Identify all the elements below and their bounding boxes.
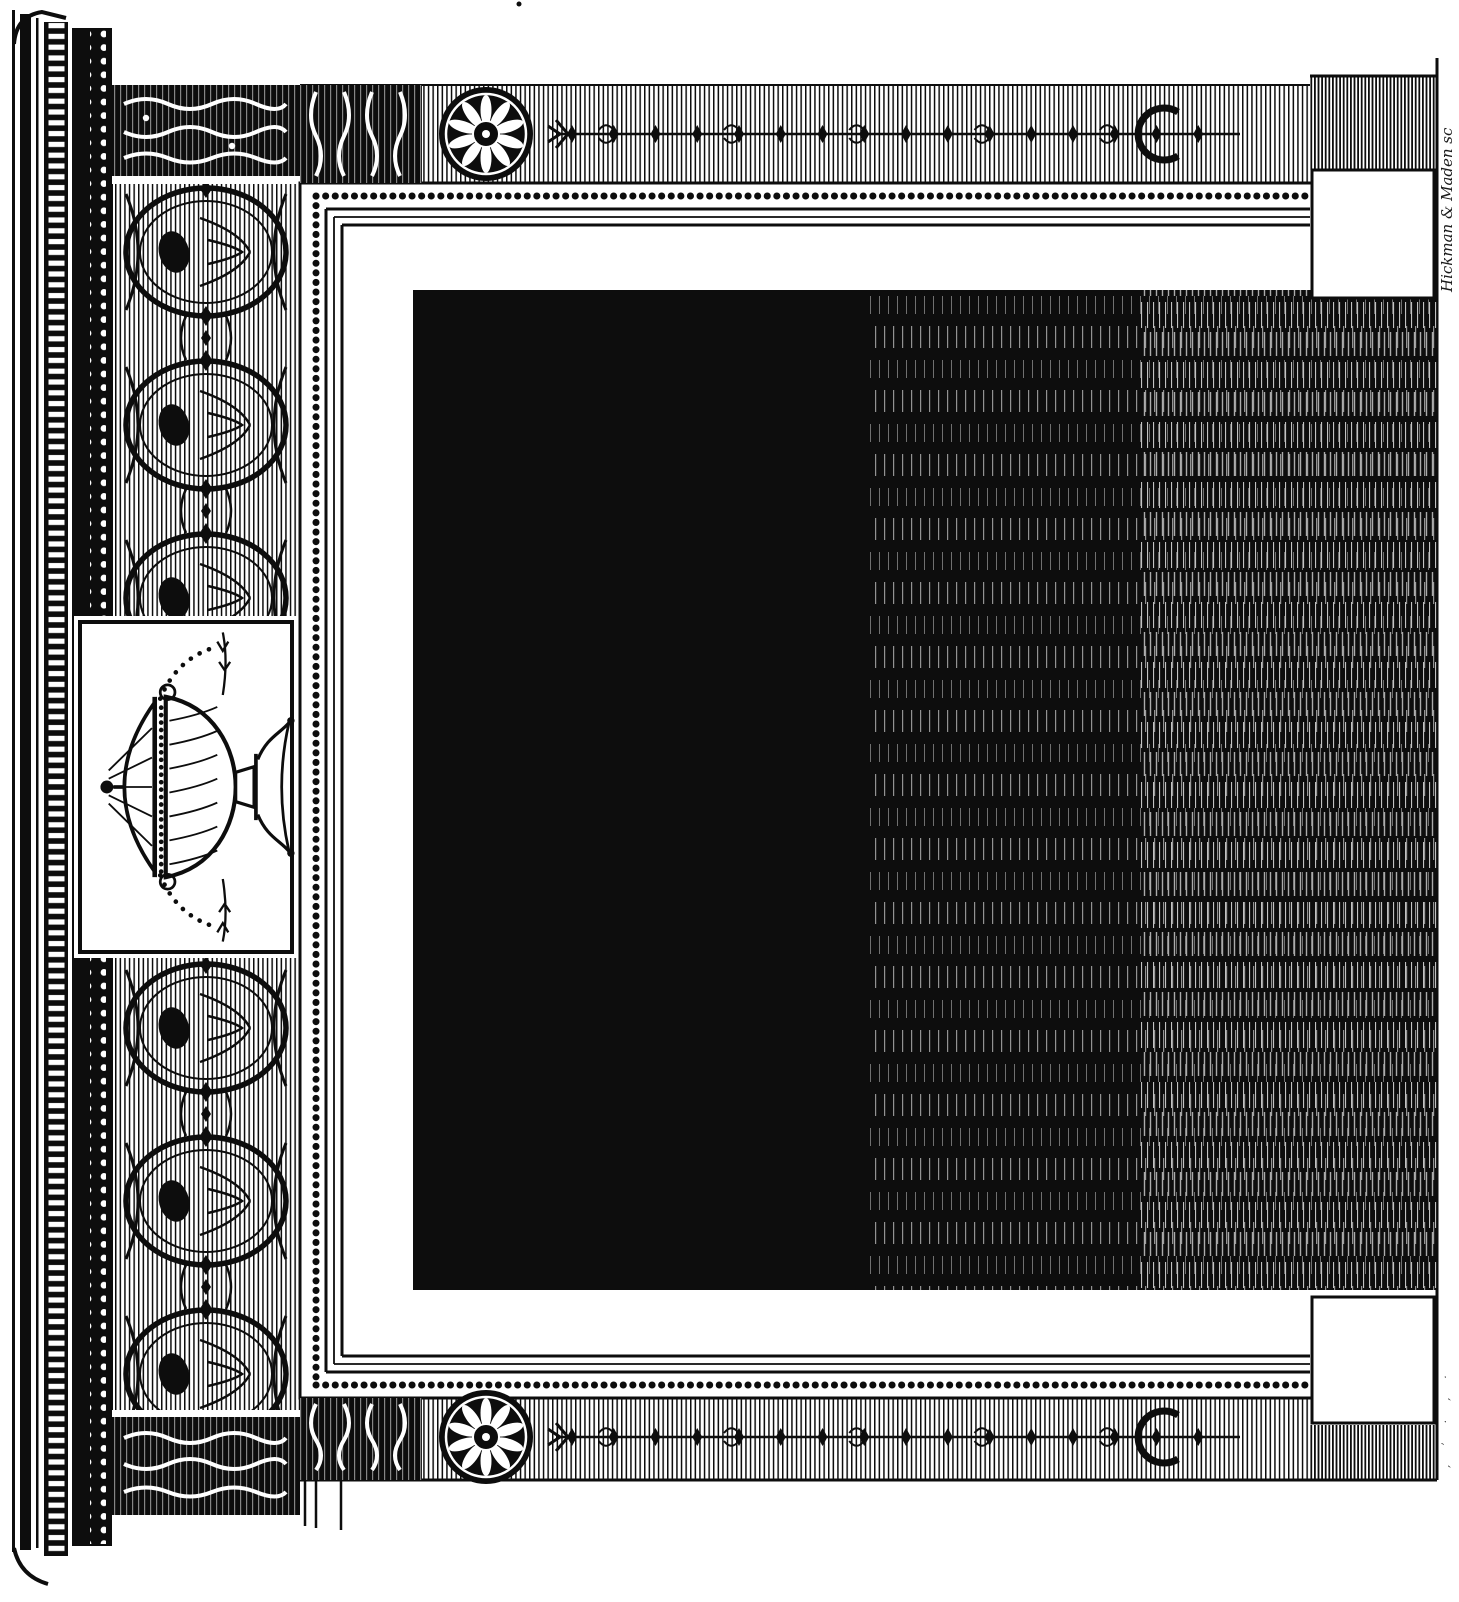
plinth-block-bottom bbox=[1310, 1297, 1437, 1480]
pilaster-band-bottom bbox=[300, 1390, 1437, 1484]
fireplace-opening bbox=[413, 290, 1437, 1290]
plinth-face bbox=[1312, 1297, 1434, 1423]
tablet-panel bbox=[74, 616, 298, 958]
plate-speck bbox=[517, 2, 522, 7]
plinth-face bbox=[1312, 170, 1434, 298]
hearth-shadow-streaks-dense bbox=[1140, 290, 1437, 1290]
acanthus-capital-bottom bbox=[112, 1410, 300, 1515]
plinth-block-top bbox=[1310, 76, 1437, 298]
engraver-signature: Hickman & Maden sc bbox=[1438, 127, 1456, 293]
acanthus-leaf-block bbox=[300, 85, 422, 183]
acanthus-leaf-block bbox=[300, 1398, 422, 1480]
cornice-edge-line bbox=[12, 10, 15, 1552]
pilaster-band-top bbox=[300, 85, 1310, 183]
chimneypiece-engraving: Hickman & Maden sc , ’ · ‚ · bbox=[0, 0, 1459, 1602]
cornice-fascia bbox=[20, 14, 31, 1550]
cornice-fillet bbox=[36, 18, 39, 1548]
patera-rosette bbox=[439, 1390, 533, 1484]
dentil-band bbox=[44, 22, 68, 1556]
patera-rosette bbox=[439, 87, 533, 181]
engraved-plate: Hickman & Maden sc , ’ · ‚ · bbox=[0, 0, 1459, 1602]
acanthus-capital-top bbox=[112, 85, 300, 184]
urn-foot bbox=[236, 767, 254, 807]
imprint-marks: , ’ · ‚ · bbox=[1441, 1367, 1452, 1468]
